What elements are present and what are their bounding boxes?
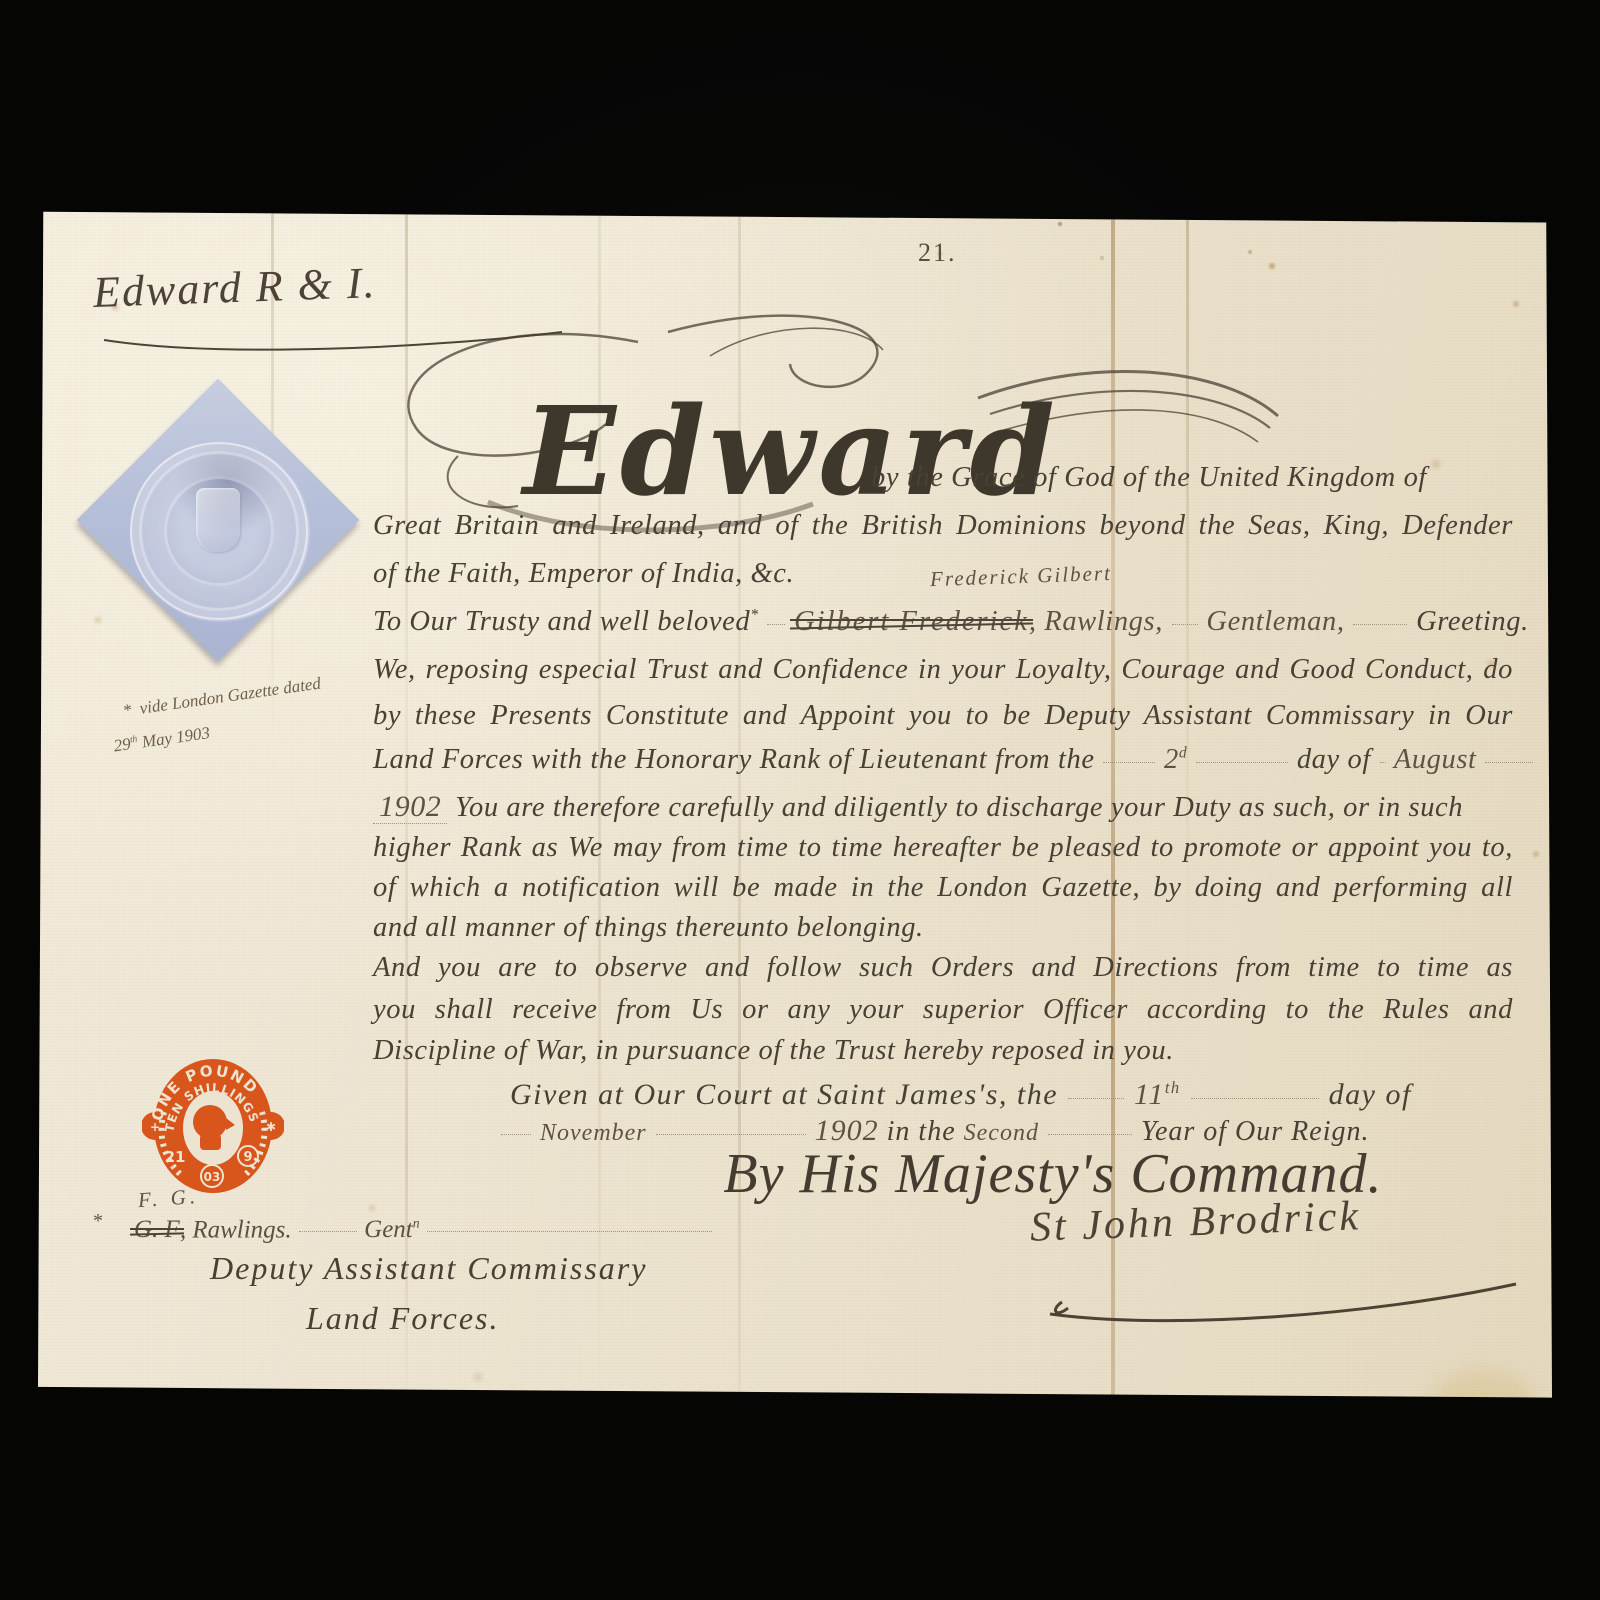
body-line-4: To Our Trusty and well beloved* Gilbert … [373,606,1513,638]
body-line-12: And you are to observe and follow such O… [373,952,1513,984]
body-line-8: 1902 You are therefore carefully and dil… [373,790,1513,824]
footer-name-line: G. F, Rawlings. Gentn [134,1216,713,1244]
countersignature-flourish [1038,1282,1528,1330]
body-line-6: by these Presents Constitute and Appoint… [373,700,1513,732]
dotted-rule [427,1226,712,1232]
salutation-text: To Our Trusty and well beloved [373,606,750,637]
body-line-13: you shall receive from Us or any your su… [373,994,1513,1026]
seal-shield-icon [196,488,240,552]
dotted-rule [1172,619,1198,625]
footer-office-line1: Deputy Assistant Commissary [210,1250,647,1287]
body-line-10: of which a notification will be made in … [373,872,1513,904]
footer-style: Gentn [364,1216,419,1243]
dotted-rule [1485,757,1533,763]
greeting-text: Greeting. [1416,606,1529,637]
dotted-rule [1191,1093,1319,1099]
revenue-stamp: ONE POUND TEN SHILLINGS 21 9 03 + ✱ [142,1052,284,1200]
given-at-text: Given at Our Court at Saint James's, the [510,1078,1058,1111]
page-number: 21. [918,238,957,268]
body-line-7: Land Forces with the Honorary Rank of Li… [373,744,1513,776]
dotted-rule [1380,757,1386,763]
footer-surname: , Rawlings. [180,1216,292,1243]
body-line-3: of the Faith, Emperor of India, &c. [373,558,1513,590]
royal-wafer-seal [68,370,368,670]
date-day-number: 11 [1134,1078,1165,1111]
edward-heading-text: Edward [520,379,1059,523]
dotted-rule [299,1226,357,1232]
rank-clause-text: Land Forces with the Honorary Rank of Li… [373,744,1095,775]
dotted-rule [767,619,785,625]
body-line-11: and all manner of things thereunto belon… [373,912,1513,944]
day-suffix: d [1179,745,1187,762]
dotted-rule [656,1129,806,1135]
date-day-suffix: th [1165,1078,1181,1097]
style-fill: Gentleman, [1206,606,1344,637]
body-line-9: higher Rank as We may from time to time … [373,832,1513,864]
dotted-rule [501,1129,531,1135]
stamp-right-number: 9 [243,1150,252,1165]
foxing-spots [38,210,42,214]
dateline-given: Given at Our Court at Saint James's, the… [510,1078,1412,1112]
tea-stain [1428,1370,1538,1450]
footer-style-main: Gent [364,1216,413,1243]
month-name-fill: November [540,1120,647,1146]
margin-note-rest: May 1903 [136,723,211,752]
duty-clause-text: You are therefore carefully and diligent… [455,792,1463,823]
footer-struck-initials: G. F [134,1216,180,1244]
dotted-rule [1196,757,1288,763]
stamp-bottom-number: 03 [204,1170,221,1184]
year-fill: 1902 [373,790,447,824]
margin-note-star: * [122,700,133,720]
stamp-left-number: 21 [165,1148,186,1166]
svg-text:✱: ✱ [266,1120,276,1134]
day-of-text: day of [1297,744,1371,775]
dotted-rule [1353,619,1407,625]
svg-text:+: + [150,1120,160,1134]
royal-signature: Edward R & I. [92,257,377,318]
struck-wrong-name: Gilbert Frederick [794,606,1029,638]
body-line-14: Discipline of War, in pursuance of the T… [373,1035,1513,1067]
footer-asterisk: * [93,1210,103,1233]
day-fill: 2d [1164,744,1187,775]
footer-style-suffix: n [413,1216,420,1231]
asterisk-mark: * [750,607,758,624]
dotted-rule [1068,1093,1124,1099]
day-of-month-fill: 11th [1134,1078,1181,1111]
day-number: 2 [1164,744,1179,775]
date-day-of-text: day of [1329,1078,1412,1111]
commission-document: 21. Edward R & I. * vide London Gazette … [38,210,1552,1400]
dotted-rule [1103,757,1155,763]
photo-stage: 21. Edward R & I. * vide London Gazette … [0,0,1600,1600]
month-fill: August [1394,744,1477,775]
footer-office-line2: Land Forces. [306,1300,499,1337]
body-line-5: We, reposing especial Trust and Confiden… [373,654,1513,686]
body-line-1: by the Grace of God of the United Kingdo… [373,462,1513,494]
body-line-2: Great Britain and Ireland, and of the Br… [373,510,1513,542]
surname-fill: , Rawlings, [1029,606,1163,637]
dotted-rule [1048,1129,1132,1135]
